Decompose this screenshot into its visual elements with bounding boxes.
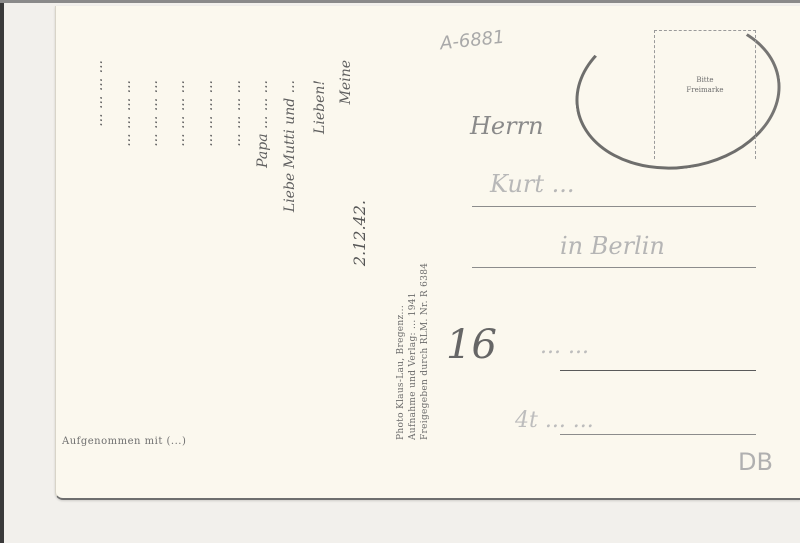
stamp-box-label: Bitte Freimarke: [655, 75, 755, 95]
address-line-5: 4t ... ...: [515, 408, 594, 433]
message-line: Liebe Mutti und ...: [282, 80, 298, 212]
stamp-box: Bitte Freimarke: [654, 30, 756, 159]
publisher-line: Freigegeben durch RLM. Nr. R 6384: [420, 160, 430, 440]
message-line: ... ... ... ...: [172, 80, 188, 147]
address-line-1: Herrn: [470, 112, 544, 140]
message-line: ... ... ... ...: [145, 80, 161, 147]
publisher-line: Aufnahme und Verlag: ... 1941: [408, 160, 418, 440]
address-rule: [472, 206, 756, 207]
publisher-imprint: Freigegeben durch RLM. Nr. R 6384 Aufnah…: [388, 160, 438, 440]
message-line: ... ... ... ...: [228, 80, 244, 147]
address-rule: [472, 267, 756, 268]
publisher-line: Photo Klaus-Lau, Bregenz...: [396, 160, 406, 440]
scan-edge: [0, 0, 4, 543]
message-line: ... ... ... ...: [118, 80, 134, 147]
address-postal-district: 16: [446, 322, 497, 368]
address-line-4: ... ...: [540, 334, 589, 359]
message-line: Meine: [338, 60, 354, 104]
scan-edge-top: [0, 0, 800, 3]
message-line: Lieben!: [312, 80, 328, 134]
message-line: Papa ... ... ...: [255, 80, 271, 168]
address-rule: [560, 370, 756, 371]
message-line: ... ... ... ...: [90, 60, 106, 127]
address-line-3: in Berlin: [560, 232, 665, 260]
corner-mark: DB: [738, 448, 773, 476]
address-line-2: Kurt ...: [490, 170, 575, 198]
address-rule: [560, 434, 756, 435]
message-line: ... ... ... ...: [200, 80, 216, 147]
sample-strip: Aufgenommen mit (...): [62, 436, 186, 447]
message-date: 2.12.42.: [350, 200, 369, 266]
